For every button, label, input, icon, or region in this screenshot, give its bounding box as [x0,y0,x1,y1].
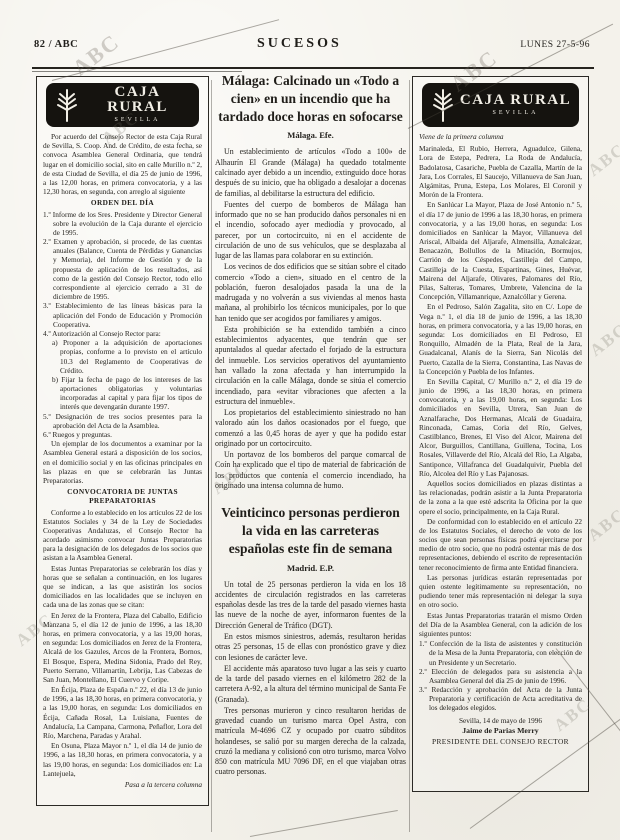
orden-item: 2.º Examen y aprobación, si procede, de … [43,237,202,301]
article-paragraph: Esta prohibición se ha extendido también… [215,325,406,407]
article-paragraph: Los vecinos de dos edificios que se sitú… [215,262,406,324]
article-headline: Veinticinco personas perdieron la vida e… [215,504,406,557]
column-divider [409,80,410,832]
article-paragraph: En estos mismos siniestros, además, resu… [215,632,406,663]
caja-rural-ad-left: CAJA RURAL SEVILLA Por acuerdo del Conse… [36,76,209,806]
orden-subitem: b) Fijar la fecha de pago de los interes… [43,375,202,412]
caja-rural-logo: CAJA RURAL SEVILLA [46,83,199,127]
article-paragraph: Fuentes del cuerpo de bomberos de Málaga… [215,200,406,262]
article-paragraph: Los propietarios del establecimiento sin… [215,408,406,449]
wheat-icon [428,88,458,122]
continued-from-note: Viene de la primera columna [419,132,582,141]
issue-date: LUNES 27-5-96 [520,40,590,50]
abc-watermark: ABC [584,139,620,181]
orden-item: 6.º Ruegos y preguntas. [43,430,202,439]
ad-paragraph: En Osuna, Plaza Mayor n.º 1, el día 14 d… [43,741,202,778]
header-rule-secondary [32,71,242,72]
orden-item: 1.º Informe de los Sres. Presidente y Di… [43,210,202,238]
ad-paragraph: Aquellos socios domiciliados en plazas d… [419,479,582,516]
article-paragraph: Tres personas murieron y cinco resultaro… [215,706,406,778]
ad-paragraph: En Jerez de la Frontera, Plaza del Cabal… [43,611,202,685]
article-byline: Málaga. Efe. [215,130,406,140]
orden-subitem: a) Proponer a la adquisición de aportaci… [43,338,202,375]
scan-scratch [250,810,398,837]
ad-paragraph: Estas Juntas Preparatorias se celebrarán… [43,564,202,610]
ad-paragraph: Marinaleda, El Rubio, Herrera, Aguadulce… [419,144,582,199]
ad-paragraph: Un ejemplar de los documentos a examinar… [43,439,202,485]
article-paragraph: Un establecimiento de artículos «Todo a … [215,147,406,198]
brand-name: CAJA RURAL [82,85,193,115]
header-rule [32,67,594,69]
brand-subname: SEVILLA [82,117,193,125]
abc-watermark: ABC [584,504,620,546]
signature-title: PRESIDENTE DEL CONSEJO RECTOR [419,737,582,746]
article-fire: Málaga: Calcinado un «Todo a cien» en un… [215,72,406,491]
signature-name: Jaime de Parias Merry [419,726,582,736]
juntas-item: 3.º Redacción y aprobación del Acta de l… [419,685,582,713]
caja-rural-logo: CAJA RURAL SEVILLA [422,83,578,127]
abc-watermark: ABC [586,319,620,361]
article-headline: Málaga: Calcinado un «Todo a cien» en un… [215,72,406,125]
ad-paragraph: En Sevilla Capital, C/ Murillo n.º 2, el… [419,377,582,478]
brand-subname: SEVILLA [458,110,572,118]
article-paragraph: Un portavoz de los bomberos del parque c… [215,450,406,491]
article-traffic: Veinticinco personas perdieron la vida e… [215,504,406,777]
logo-text: CAJA RURAL SEVILLA [82,85,193,125]
article-paragraph: Un total de 25 personas perdieron la vid… [215,580,406,631]
article-paragraph: El accidente más aparatoso tuvo lugar a … [215,664,406,705]
orden-item: 4.º Autorización al Consejo Rector para: [43,329,202,338]
orden-del-dia-heading: ORDEN DEL DÍA [43,198,202,207]
juntas-item: 1.º Confección de la lista de asistentes… [419,639,582,667]
ad-paragraph: De conformidad con lo establecido en el … [419,517,582,572]
newspaper-page: 82 / ABC SUCESOS LUNES 27-5-96 CAJA RURA… [0,0,620,840]
ad-paragraph: Conforme a lo establecido en los artícul… [43,508,202,563]
brand-name: CAJA RURAL [458,93,572,108]
juntas-item: 2.º Elección de delegados para su asiste… [419,667,582,685]
orden-item: 3.º Establecimiento de las líneas básica… [43,301,202,329]
ad-paragraph: En el Pedroso, Salón Zagalita, sito en C… [419,302,582,376]
centre-column: Málaga: Calcinado un «Todo a cien» en un… [215,72,406,779]
ad-paragraph: Las personas jurídicas estarán represent… [419,573,582,610]
continuation-note: Pasa a la tercera columna [43,780,202,789]
logo-text: CAJA RURAL SEVILLA [458,93,572,118]
ad-paragraph: En Écija, Plaza de España n.º 22, el día… [43,685,202,740]
page-number: 82 / ABC [34,39,78,50]
caja-rural-ad-right: CAJA RURAL SEVILLA Viene de la primera c… [412,76,589,792]
ad-paragraph: Por acuerdo del Consejo Rector de esta C… [43,132,202,196]
article-byline: Madrid. E.P. [215,563,406,573]
ad-paragraph: En Sanlúcar La Mayor, Plaza de José Anto… [419,200,582,301]
column-divider [211,80,212,832]
closing-place-date: Sevilla, 14 de mayo de 1996 [419,716,582,725]
page-header: 82 / ABC SUCESOS LUNES 27-5-96 [34,36,590,52]
section-title: SUCESOS [257,36,342,52]
juntas-heading: CONVOCATORIA DE JUNTAS PREPARATORIAS [43,487,202,505]
wheat-icon [52,88,82,122]
orden-item: 5.º Designación de tres socios presentes… [43,412,202,430]
ad-paragraph: Estas Juntas Preparatorias tratarán el m… [419,611,582,639]
